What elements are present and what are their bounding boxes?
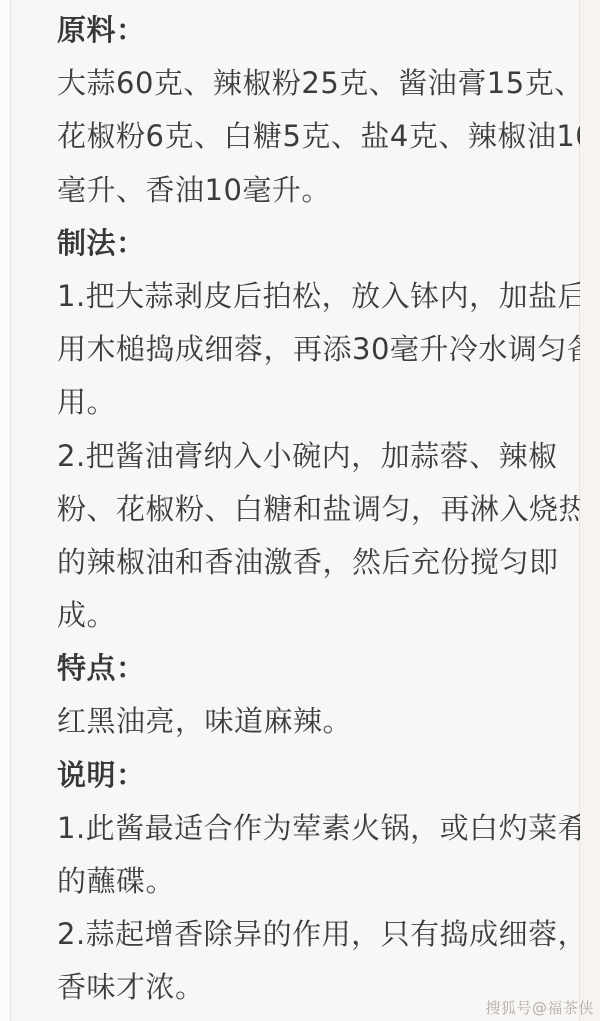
ingredients-line: 毫升、香油10毫升。 <box>57 164 561 217</box>
article-page: 原料： 大蒜60克、辣椒粉25克、酱油膏15克、 花椒粉6克、白糖5克、盐4克、… <box>0 0 600 1021</box>
left-gutter <box>0 0 10 1021</box>
section-heading-method: 制法： <box>57 217 561 270</box>
section-heading-ingredients: 原料： <box>57 4 561 57</box>
note1-line: 1.此酱最适合作为荤素火锅，或白灼菜肴 <box>57 802 561 855</box>
ingredients-line: 花椒粉6克、白糖5克、盐4克、辣椒油10 <box>57 110 561 163</box>
method-step2-line: 2.把酱油膏纳入小碗内，加蒜蓉、辣椒 <box>57 430 561 483</box>
right-gutter <box>580 0 600 1021</box>
method-step2-line: 成。 <box>57 589 561 642</box>
note2-line: 2.蒜起增香除异的作用，只有捣成细蓉， <box>57 908 561 961</box>
ingredients-line: 大蒜60克、辣椒粉25克、酱油膏15克、 <box>57 57 561 110</box>
method-step1-line: 用木槌捣成细蓉，再添30毫升冷水调匀备 <box>57 323 561 376</box>
method-step1-line: 1.把大蒜剥皮后拍松，放入钵内，加盐后 <box>57 270 561 323</box>
method-step2-line: 粉、花椒粉、白糖和盐调匀，再淋入烧热 <box>57 483 561 536</box>
characteristics-line: 红黑油亮，味道麻辣。 <box>57 695 561 748</box>
article-content: 原料： 大蒜60克、辣椒粉25克、酱油膏15克、 花椒粉6克、白糖5克、盐4克、… <box>10 0 580 1021</box>
section-heading-characteristics: 特点： <box>57 642 561 695</box>
method-step2-line: 的辣椒油和香油激香，然后充份搅匀即 <box>57 536 561 589</box>
watermark: 搜狐号@福茶侠 <box>485 997 594 1018</box>
section-heading-notes: 说明： <box>57 749 561 802</box>
note1-line: 的蘸碟。 <box>57 855 561 908</box>
method-step1-line: 用。 <box>57 376 561 429</box>
